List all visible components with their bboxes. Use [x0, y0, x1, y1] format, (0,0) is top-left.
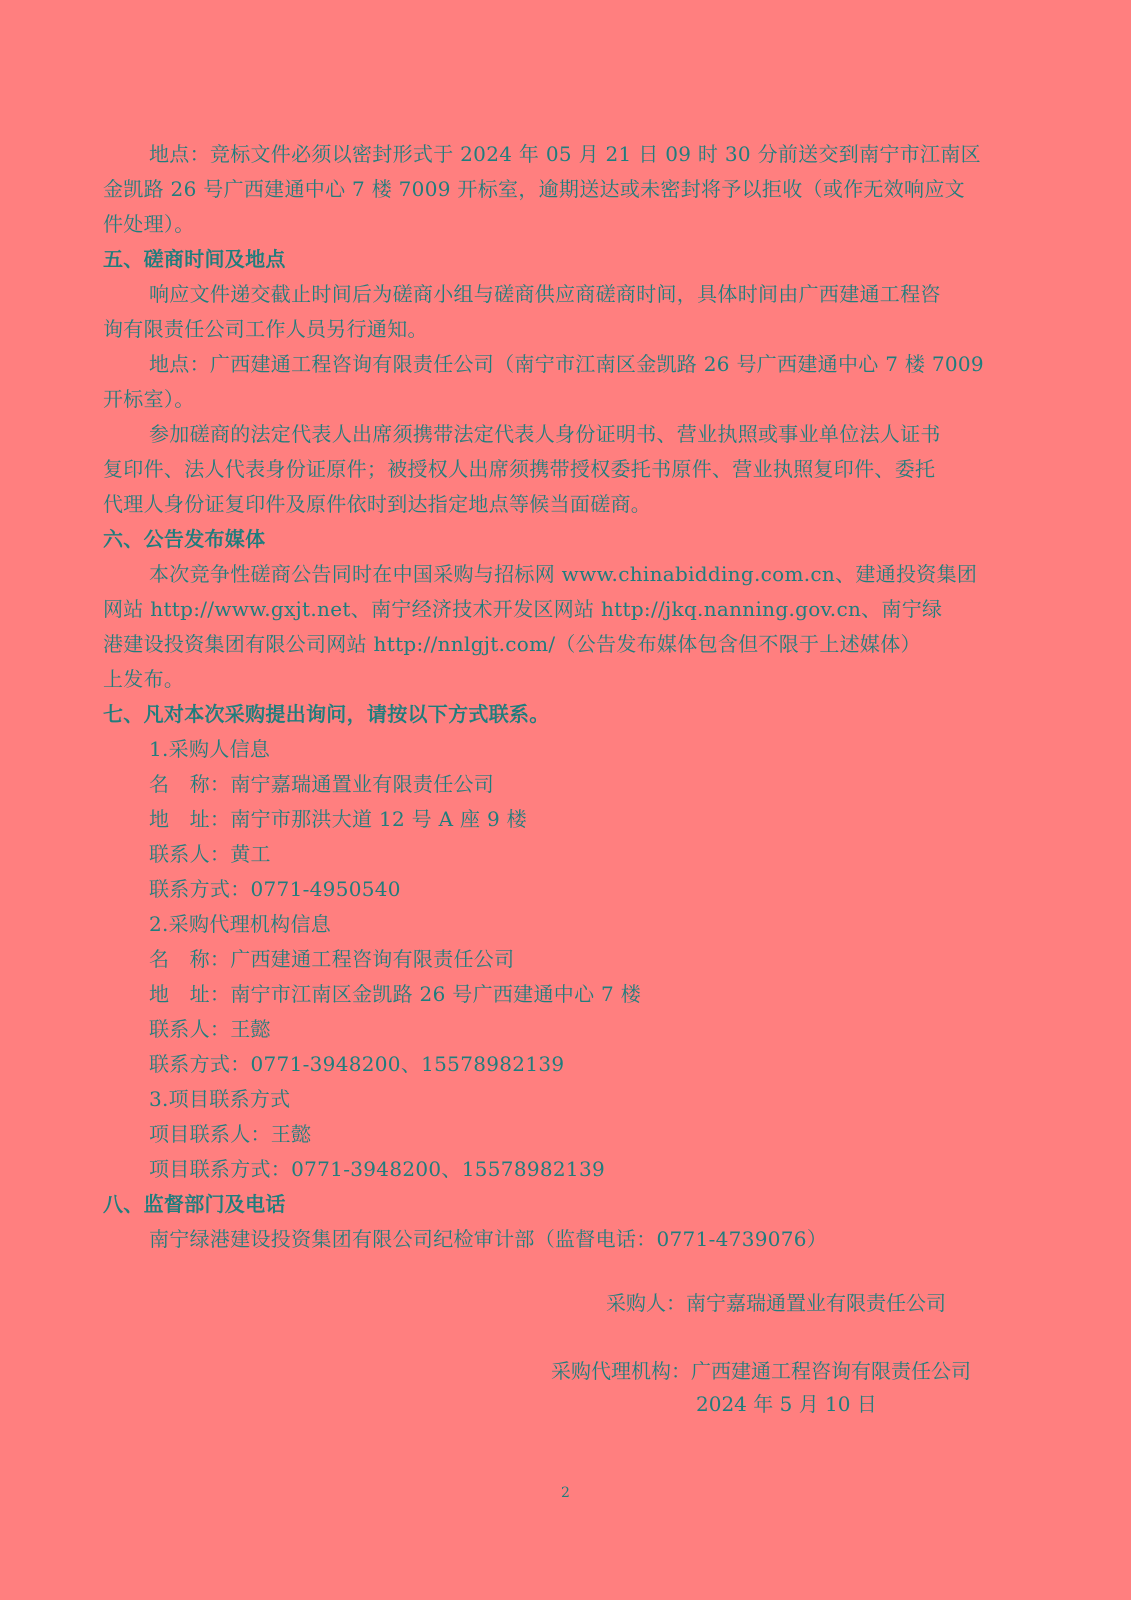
subheading-agency-info: 2.采购代理机构信息 — [149, 906, 331, 942]
signature-date: 2024 年 5 月 10 日 — [696, 1386, 877, 1422]
section-heading-7: 七、凡对本次采购提出询问，请按以下方式联系。 — [103, 696, 550, 732]
text-line: 本次竞争性磋商公告同时在中国采购与招标网 www.chinabidding.co… — [149, 556, 977, 592]
purchaser-name: 名 称：南宁嘉瑞通置业有限责任公司 — [149, 766, 494, 802]
text-line: 开标室）。 — [103, 381, 195, 417]
agency-contact: 联系人：王懿 — [149, 1011, 271, 1047]
agency-name: 名 称：广西建通工程咨询有限责任公司 — [149, 941, 514, 977]
purchaser-phone: 联系方式：0771-4950540 — [149, 871, 401, 907]
page-number: 2 — [561, 1485, 570, 1501]
text-line: 地点：竞标文件必须以密封形式于 2024 年 05 月 21 日 09 时 30… — [149, 136, 981, 172]
agency-address: 地 址：南宁市江南区金凯路 26 号广西建通中心 7 楼 — [149, 976, 641, 1012]
project-phone: 项目联系方式：0771-3948200、15578982139 — [149, 1151, 605, 1187]
section-heading-6: 六、公告发布媒体 — [103, 521, 265, 557]
section-heading-8: 八、监督部门及电话 — [103, 1186, 286, 1222]
signature-purchaser: 采购人：南宁嘉瑞通置业有限责任公司 — [606, 1285, 946, 1321]
text-line: 代理人身份证复印件及原件依时到达指定地点等候当面磋商。 — [103, 486, 651, 522]
text-line: 港建设投资集团有限公司网站 http://nnlgjt.com/（公告发布媒体包… — [103, 626, 921, 662]
text-line: 件处理）。 — [103, 206, 195, 242]
text-line: 响应文件递交截止时间后为磋商小组与磋商供应商磋商时间，具体时间由广西建通工程咨 — [149, 276, 941, 312]
purchaser-address: 地 址：南宁市那洪大道 12 号 A 座 9 楼 — [149, 801, 527, 837]
text-line: 复印件、法人代表身份证原件；被授权人出席须携带授权委托书原件、营业执照复印件、委… — [103, 451, 935, 487]
purchaser-contact: 联系人：黄工 — [149, 836, 271, 872]
text-line: 询有限责任公司工作人员另行通知。 — [103, 311, 428, 347]
supervision-info: 南宁绿港建设投资集团有限公司纪检审计部（监督电话：0771-4739076） — [149, 1221, 827, 1257]
agency-phone: 联系方式：0771-3948200、15578982139 — [149, 1046, 564, 1082]
subheading-project-contact: 3.项目联系方式 — [149, 1081, 290, 1117]
section-heading-5: 五、磋商时间及地点 — [103, 241, 286, 277]
signature-agency: 采购代理机构：广西建通工程咨询有限责任公司 — [551, 1353, 971, 1389]
text-line: 参加磋商的法定代表人出席须携带法定代表人身份证明书、营业执照或事业单位法人证书 — [149, 416, 941, 452]
subheading-purchaser-info: 1.采购人信息 — [149, 731, 270, 767]
project-contact: 项目联系人：王懿 — [149, 1116, 311, 1152]
text-line: 金凯路 26 号广西建通中心 7 楼 7009 开标室，逾期送达或未密封将予以拒… — [103, 171, 965, 207]
text-line: 上发布。 — [103, 661, 184, 697]
text-line: 地点：广西建通工程咨询有限责任公司（南宁市江南区金凯路 26 号广西建通中心 7… — [149, 346, 984, 382]
text-line: 网站 http://www.gxjt.net、南宁经济技术开发区网站 http:… — [103, 591, 942, 627]
